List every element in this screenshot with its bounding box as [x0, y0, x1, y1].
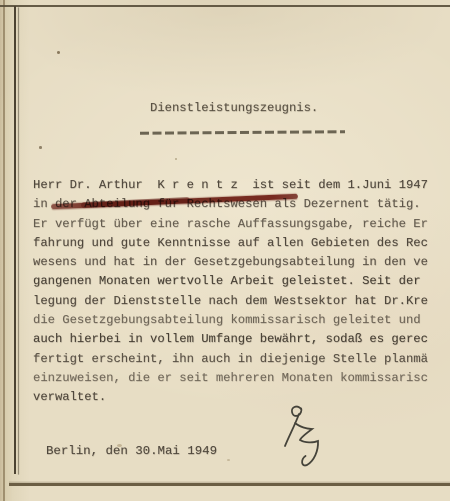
paper-speck: [57, 51, 60, 54]
frame-top-rule: [0, 5, 450, 7]
body-line: die Gesetzgebungsabteilung kommissarisch…: [33, 311, 428, 330]
page-edge-line: [3, 0, 5, 501]
body-line: fahrung und gute Kenntnisse auf allen Ge…: [33, 234, 428, 253]
document-title: Dienstleistungszeugnis.: [150, 101, 318, 115]
paper-speck: [227, 459, 230, 461]
paper-speck: [39, 146, 42, 149]
paper-speck: [175, 158, 177, 160]
dateline: Berlin, den 30.Mai 1949: [46, 444, 217, 458]
body-line: auch hierbei in vollem Umfange bewährt, …: [33, 330, 428, 349]
document-photo: Dienstleistungszeugnis. Herr Dr. Arthur …: [0, 0, 450, 501]
body-line: wesens und hat in der Gesetzgebungsabtei…: [33, 253, 428, 272]
frame-bottom-rule: [9, 483, 450, 486]
signature-scribble: [272, 402, 332, 477]
body-line: fertigt erscheint, ihn auch in diejenige…: [33, 350, 428, 369]
body-line: gangenen Monaten wertvolle Arbeit geleis…: [33, 272, 428, 291]
paper-speck: [117, 444, 122, 447]
title-dashed-underline: [140, 130, 345, 134]
body-line: einzuweisen, die er seit mehreren Monate…: [33, 369, 428, 388]
body-line: legung der Dienststelle nach dem Westsek…: [33, 292, 428, 311]
body-text: Herr Dr. Arthur K r e n t z ist seit dem…: [33, 176, 428, 408]
body-line: verwaltet.: [33, 388, 428, 407]
frame-left-rule: [14, 6, 16, 474]
body-line: Er verfügt über eine rasche Auffassungsg…: [33, 215, 428, 234]
body-line: Herr Dr. Arthur K r e n t z ist seit dem…: [33, 176, 428, 195]
